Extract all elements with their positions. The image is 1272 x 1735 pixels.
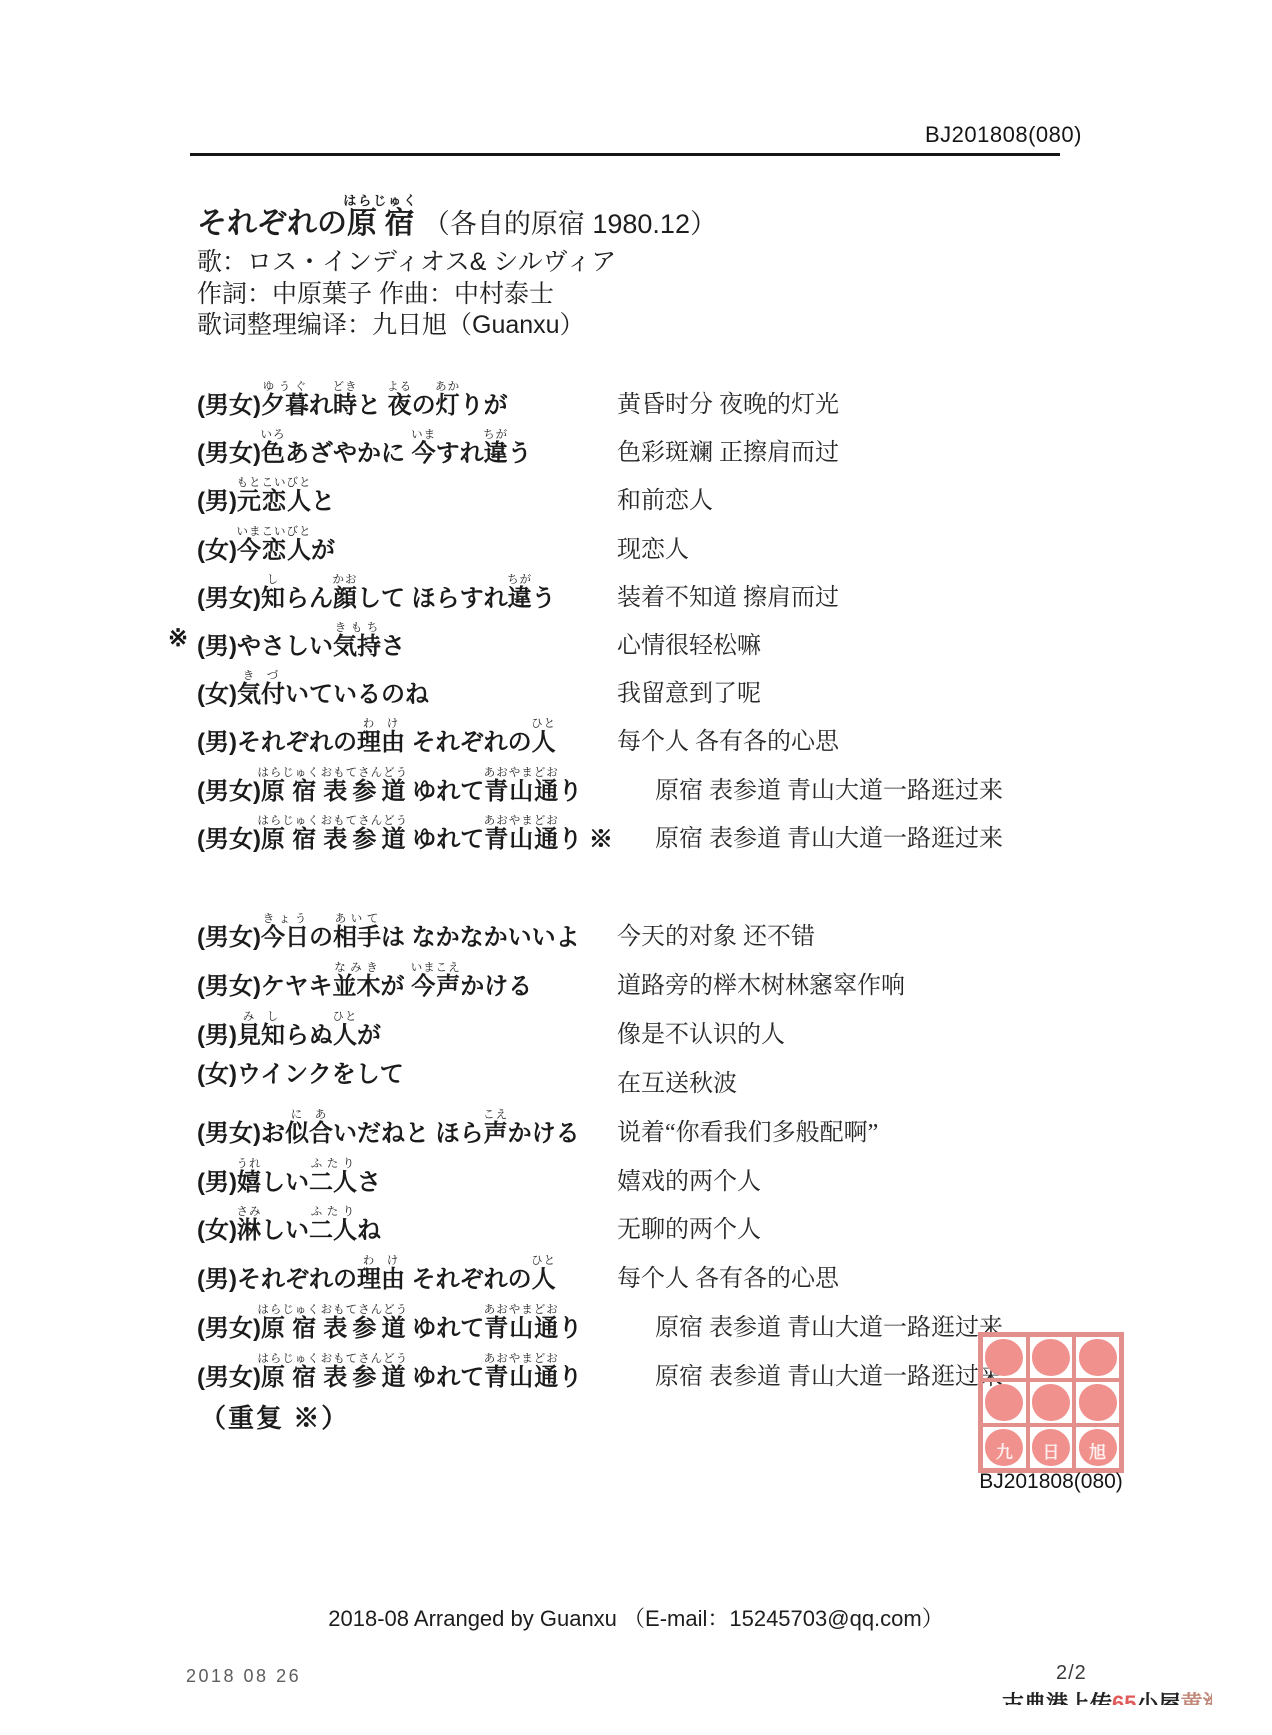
lyric-row: (男)元恋人もとこいびとと和前恋人 — [197, 464, 1177, 512]
lyric-japanese: (男女)お似合にあいだねと ほら声こえかける — [197, 1109, 580, 1149]
credit-arranger: 歌词整理编译：九日旭（Guanxu） — [197, 310, 616, 342]
stamp-cell — [1074, 1380, 1121, 1425]
lyric-chinese-translation: 原宿 表参道 青山大道一路逛过来 — [655, 1356, 1003, 1391]
stamp-dot — [1079, 1384, 1117, 1421]
stamp-cell — [1074, 1335, 1121, 1380]
lyric-chinese-translation: 原宿 表参道 青山大道一路逛过来 — [655, 1307, 1003, 1342]
lyric-row: (女)今恋人いまこいびとが现恋人 — [197, 513, 1177, 561]
lyric-sheet-page: BJ201808(080) それぞれの原宿はらじゅく （各自的原宿 1980.1… — [0, 0, 1272, 1735]
repeat-start-marker: ※ — [168, 624, 188, 653]
stamp-cell — [1028, 1380, 1075, 1425]
song-title-translation: （各自的原宿 1980.12） — [423, 209, 717, 239]
lyric-chinese-translation: 今天的对象 还不错 — [617, 916, 815, 951]
lyric-japanese: (男)見知みしらぬ人ひとが — [197, 1011, 381, 1051]
lyric-japanese: (男女)原宿はらじゅく 表参道おもてさんどう ゆれて青山通あおやまどおり — [197, 1304, 582, 1344]
lyric-japanese: (女)淋さみしい二人ふたりね — [197, 1206, 381, 1246]
page-number: 2/2 — [1056, 1662, 1087, 1685]
stamp-dot — [1079, 1339, 1117, 1376]
lyric-japanese: (男女)夕暮ゆうぐれ時どきと 夜よるの灯あかりが — [197, 381, 508, 421]
lyric-row: (男女)今日きょうの相手あいては なかなかいいよ今天的对象 还不错 — [197, 900, 1177, 948]
stamp-cell — [981, 1335, 1028, 1380]
header-code: BJ201808(080) — [925, 122, 1082, 148]
lyric-japanese: (男女)色いろあざやかに 今いますれ違ちがう — [197, 429, 532, 469]
lyric-chinese-translation: 黄昏时分 夜晚的灯光 — [617, 384, 839, 419]
lyric-japanese: (女)ウインクをして — [197, 1060, 404, 1090]
lyric-row: ※(男)やさしい気持きもちさ心情很轻松嘛 — [197, 609, 1177, 657]
lyric-chinese-translation: 我留意到了呢 — [617, 673, 761, 708]
stamp-dot — [985, 1339, 1023, 1376]
lyric-row: (男)それぞれの理由わけ それぞれの人ひと每个人 各有各的心思 — [197, 705, 1177, 753]
lyric-chinese-translation: 无聊的两个人 — [617, 1209, 761, 1244]
stamp-character: 日 — [1030, 1438, 1073, 1463]
lyric-chinese-translation: 原宿 表参道 青山大道一路逛过来 — [655, 770, 1003, 805]
cutoff-watermark: 古典港上传65小屋黄海网 — [1002, 1692, 1212, 1705]
stamp-dot — [985, 1384, 1023, 1421]
lyric-row: (男)それぞれの理由わけ それぞれの人ひと每个人 各有各的心思 — [197, 1242, 1177, 1290]
lyric-chinese-translation: 现恋人 — [617, 529, 689, 564]
lyric-row: (男女)ケヤキ並木なみきが 今声いまこえかける道路旁的榉木树林窸窣作响 — [197, 949, 1177, 997]
lyric-japanese: (男女)知しらん顔かおして ほらすれ違ちがう — [197, 574, 556, 614]
lyric-row: (女)気き付づいているのね我留意到了呢 — [197, 657, 1177, 705]
lyric-chinese-translation: 嬉戏的两个人 — [617, 1161, 761, 1196]
song-title: それぞれの原宿はらじゅく （各自的原宿 1980.12） — [197, 193, 717, 242]
lyric-row: (男)見知みしらぬ人ひとが像是不认识的人 — [197, 998, 1177, 1046]
footer-date: 2018 08 26 — [186, 1666, 301, 1687]
lyric-japanese: (男)嬉うれしい二人ふたりさ — [197, 1158, 381, 1198]
lyric-japanese: (男)それぞれの理由わけ それぞれの人ひと — [197, 718, 556, 758]
lyric-chinese-translation: 色彩斑斓 正擦肩而过 — [617, 432, 839, 467]
stamp-character: 九 — [983, 1438, 1026, 1463]
lyric-chinese-translation: 像是不认识的人 — [617, 1014, 785, 1049]
lyric-row: (男女)色いろあざやかに 今いますれ違ちがう色彩斑斓 正擦肩而过 — [197, 416, 1177, 464]
lyric-japanese: (男女)原宿はらじゅく 表参道おもてさんどう ゆれて青山通あおやまどおり — [197, 767, 582, 807]
lyric-chinese-translation: 说着“你看我们多般配啊” — [617, 1112, 878, 1147]
stamp-cell: 日 — [1028, 1425, 1075, 1470]
lyric-row: (男女)知しらん顔かおして ほらすれ違ちがう装着不知道 擦肩而过 — [197, 561, 1177, 609]
lyric-row: (男女)お似合にあいだねと ほら声こえかける说着“你看我们多般配啊” — [197, 1096, 1177, 1144]
stamp-dot — [1032, 1384, 1070, 1421]
stamp-character: 旭 — [1076, 1438, 1119, 1463]
lyric-chinese-translation: 道路旁的榉木树林窸窣作响 — [617, 965, 905, 1000]
lyric-japanese: (男女)ケヤキ並木なみきが 今声いまこえかける — [197, 962, 532, 1002]
lyric-chinese-translation: 每个人 各有各的心思 — [617, 721, 839, 756]
credit-writers: 作詞：中原葉子 作曲：中村泰士 — [197, 279, 616, 311]
lyric-row: (男女)夕暮ゆうぐれ時どきと 夜よるの灯あかりが黄昏时分 夜晚的灯光 — [197, 368, 1177, 416]
header-rule — [190, 153, 1060, 156]
lyric-japanese: (女)気き付づいているのね — [197, 670, 429, 710]
stamp-code: BJ201808(080) — [975, 1470, 1127, 1494]
repeat-note: （重复 ※） — [200, 1398, 349, 1435]
lyric-chinese-translation: 和前恋人 — [617, 480, 713, 515]
lyric-japanese: (男女)原宿はらじゅく 表参道おもてさんどう ゆれて青山通あおやまどおり — [197, 1353, 582, 1393]
stamp-cell — [981, 1380, 1028, 1425]
lyric-row: (男女)原宿はらじゅく 表参道おもてさんどう ゆれて青山通あおやまどおり ※原宿… — [197, 802, 1177, 850]
lyric-chinese-translation: 在互送秋波 — [617, 1063, 737, 1098]
seal-stamp: 九日旭 — [978, 1332, 1124, 1473]
lyric-row: (女)ウインクをして在互送秋波 — [197, 1047, 1177, 1095]
lyric-chinese-translation: 每个人 各有各的心思 — [617, 1258, 839, 1293]
song-title-japanese: それぞれの原宿はらじゅく — [197, 207, 415, 240]
credits-block: 歌：ロス・インディオス& シルヴィア 作詞：中原葉子 作曲：中村泰士 歌词整理编… — [197, 247, 616, 342]
lyric-japanese: (男)それぞれの理由わけ それぞれの人ひと — [197, 1255, 556, 1295]
stamp-cell: 旭 — [1074, 1425, 1121, 1470]
lyric-row: (男)嬉うれしい二人ふたりさ嬉戏的两个人 — [197, 1145, 1177, 1193]
footer-arranged-line: 2018-08 Arranged by Guanxu （E-mail：15245… — [0, 1602, 1272, 1633]
lyric-chinese-translation: 装着不知道 擦肩而过 — [617, 577, 839, 612]
lyric-japanese: (男)やさしい気持きもちさ — [197, 622, 405, 662]
stamp-cell: 九 — [981, 1425, 1028, 1470]
lyric-chinese-translation: 原宿 表参道 青山大道一路逛过来 — [655, 818, 1003, 853]
credit-singer: 歌：ロス・インディオス& シルヴィア — [197, 247, 616, 279]
lyric-chinese-translation: 心情很轻松嘛 — [617, 625, 761, 660]
lyric-japanese: (男)元恋人もとこいびとと — [197, 477, 335, 517]
lyric-row: (男女)原宿はらじゅく 表参道おもてさんどう ゆれて青山通あおやまどおり原宿 表… — [197, 754, 1177, 802]
lyric-row: (女)淋さみしい二人ふたりね无聊的两个人 — [197, 1193, 1177, 1241]
lyric-japanese: (男女)今日きょうの相手あいては なかなかいいよ — [197, 913, 580, 953]
lyric-japanese: (男女)原宿はらじゅく 表参道おもてさんどう ゆれて青山通あおやまどおり ※ — [197, 815, 613, 855]
lyric-japanese: (女)今恋人いまこいびとが — [197, 526, 335, 566]
stamp-cell — [1028, 1335, 1075, 1380]
stamp-dot — [1032, 1339, 1070, 1376]
